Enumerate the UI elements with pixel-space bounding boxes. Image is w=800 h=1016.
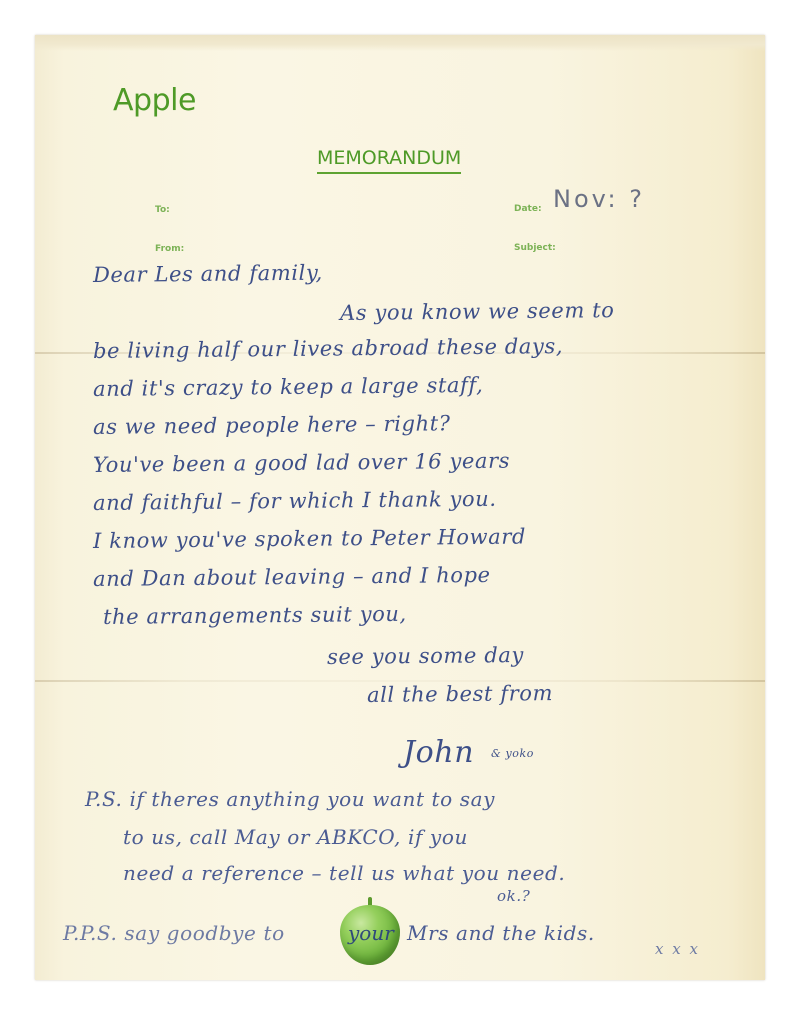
document-stage: Apple MEMORANDUM To: From: Date: Subject… xyxy=(0,0,800,1016)
ps-line: to us, call May or ABKCO, if you xyxy=(123,825,468,849)
body-line: and Dan about leaving – and I hope xyxy=(93,563,491,591)
ps-line: need a reference – tell us what you need… xyxy=(123,861,565,885)
closing-line: all the best from xyxy=(367,681,553,707)
pps-suffix: Mrs and the kids. xyxy=(407,921,595,945)
body-line: the arrangements suit you, xyxy=(103,602,407,629)
body-line: As you know we seem to xyxy=(340,298,615,325)
body-line: I know you've spoken to Peter Howard xyxy=(93,524,526,553)
from-label: From: xyxy=(155,244,184,254)
signature-addendum: & yoko xyxy=(491,747,534,760)
body-line: be living half our lives abroad these da… xyxy=(93,334,563,363)
to-label: To: xyxy=(155,205,170,215)
memorandum-title: MEMORANDUM xyxy=(317,147,461,174)
memo-paper: Apple MEMORANDUM To: From: Date: Subject… xyxy=(35,35,765,980)
closing-line: see you some day xyxy=(327,643,524,669)
ps-line: P.S. if theres anything you want to say xyxy=(85,787,495,811)
kisses: x x x xyxy=(655,940,700,958)
body-line: as we need people here – right? xyxy=(93,411,451,439)
pps-apple-word: your xyxy=(348,921,394,945)
body-line: and faithful – for which I thank you. xyxy=(93,487,497,515)
subject-label: Subject: xyxy=(514,243,556,253)
signature-john: John xyxy=(403,735,474,770)
date-value: Nov: ? xyxy=(553,185,645,213)
green-apple-icon: your xyxy=(340,897,400,965)
apple-brand-wordmark: Apple xyxy=(113,83,196,118)
body-line-text: as we need people here – right? xyxy=(93,411,451,439)
body-line: You've been a good lad over 16 years xyxy=(93,449,510,477)
ps-ok: ok.? xyxy=(497,887,530,905)
body-line: and it's crazy to keep a large staff, xyxy=(93,373,484,401)
salutation: Dear Les and family, xyxy=(93,261,323,287)
date-label: Date: xyxy=(514,204,542,214)
pps-prefix: P.P.S. say goodbye to xyxy=(63,921,285,945)
